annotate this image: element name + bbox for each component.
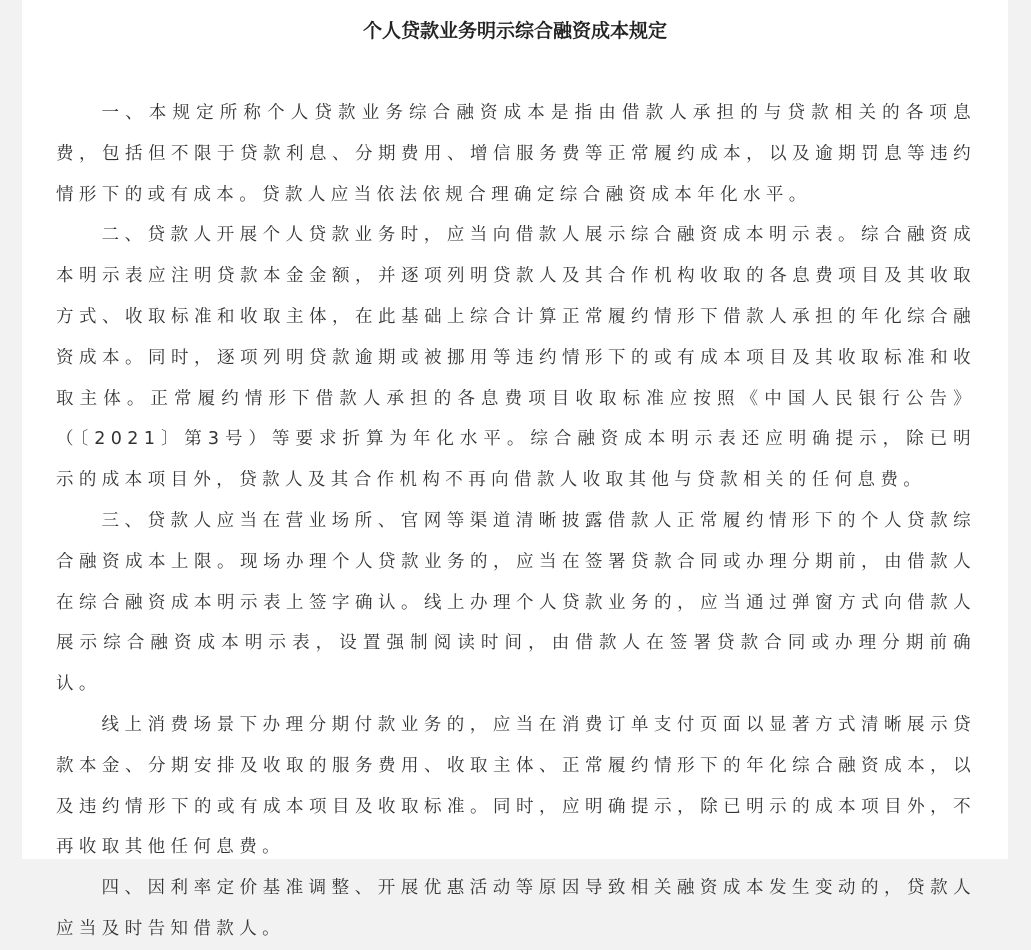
paragraph-2-disclosure-table: 二、贷款人开展个人贷款业务时，应当向借款人展示综合融资成本明示表。综合融资成本明… [56,215,976,501]
document-page: 个人贷款业务明示综合融资成本规定 一、本规定所称个人贷款业务综合融资成本是指由借… [22,0,1008,859]
document-title: 个人贷款业务明示综合融资成本规定 [22,16,1008,46]
paragraph-4-online-installment: 线上消费场景下办理分期付款业务的，应当在消费订单支付页面以显著方式清晰展示贷款本… [56,705,976,859]
paragraph-1-definition: 一、本规定所称个人贷款业务综合融资成本是指由借款人承担的与贷款相关的各项息费，包… [56,93,976,215]
document-body: 一、本规定所称个人贷款业务综合融资成本是指由借款人承担的与贷款相关的各项息费，包… [56,93,976,859]
paragraph-3-cost-cap-disclosure: 三、贷款人应当在营业场所、官网等渠道清晰披露借款人正常履约情形下的个人贷款综合融… [56,501,976,705]
